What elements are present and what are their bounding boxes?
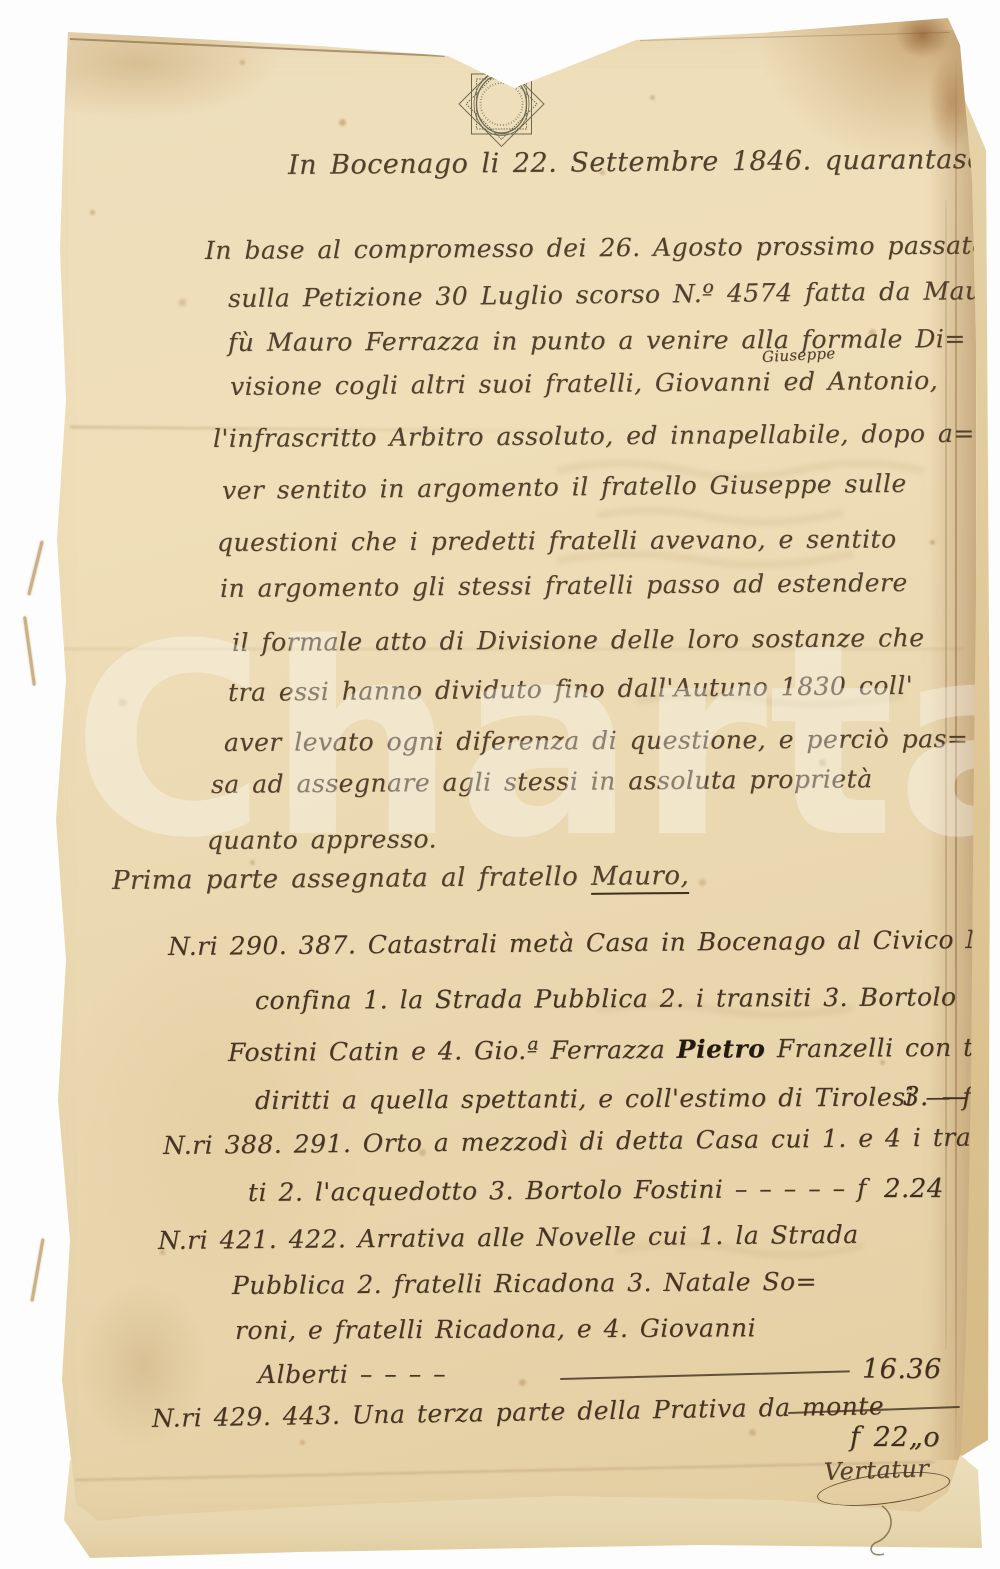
binding-thread	[30, 1238, 44, 1302]
amount-value: f 22„o	[850, 1422, 940, 1453]
pen-flourish-mark	[852, 1502, 922, 1569]
pen-dash-stroke	[560, 1370, 850, 1380]
item-line: ti 2. l'acquedotto 3. Bortolo Fostini – …	[248, 1174, 867, 1207]
interlinear-insertion: Giuseppe	[762, 344, 836, 366]
item-line: Alberti – – – –	[258, 1359, 446, 1389]
item-line: Pubblica 2. fratelli Ricadona 3. Natale …	[232, 1267, 817, 1300]
body-line: questioni che i predetti fratelli avevan…	[217, 524, 897, 557]
scanned-manuscript: In Bocenago li 22. Settembre 1846. quara…	[0, 0, 1000, 1569]
item-line: Fostini Catin e 4. Gio.ª Ferrazza Pietro…	[228, 1032, 1000, 1067]
foxing-spots	[0, 0, 5, 5]
item-line: N.ri 388. 291. Orto a mezzodì di detta C…	[163, 1122, 1000, 1160]
item-line: N.ri 421. 422. Arrativa alle Novelle cui…	[158, 1220, 859, 1255]
amount-value: 3. —	[903, 1082, 968, 1112]
item-line: confina 1. la Strada Pubblica 2. i trans…	[255, 982, 957, 1015]
item-line: roni, e fratelli Ricadona, e 4. Giovanni	[235, 1313, 756, 1345]
body-line: fù Mauro Ferrazza in punto a venire alla…	[228, 324, 966, 357]
site-watermark: iCharta	[0, 588, 1000, 896]
item-line: diritti a quella spettanti, e coll'estim…	[255, 1082, 972, 1115]
item-line-text: Franzelli con tutti i	[765, 1032, 1000, 1063]
body-line: In base al compromesso dei 26. Agosto pr…	[205, 230, 1000, 265]
body-line: ver sentito in argomento il fratello Giu…	[222, 469, 907, 505]
amount-value: 16.36	[862, 1354, 942, 1385]
item-line: N.ri 429. 443. Una terza parte della Pra…	[152, 1391, 885, 1433]
body-line: sulla Petizione 30 Luglio scorso N.º 457…	[228, 276, 1000, 313]
corrected-word: Pietro	[677, 1034, 766, 1064]
body-line: l'infrascritto Arbitro assoluto, ed inna…	[213, 419, 975, 453]
dateline: In Bocenago li 22. Settembre 1846. quara…	[288, 144, 993, 181]
item-line: N.ri 290. 387. Catastrali metà Casa in B…	[168, 924, 1000, 961]
body-line: visione cogli altri suoi fratelli, Giova…	[230, 366, 938, 401]
turn-instruction: Vertatur	[824, 1454, 930, 1486]
amount-value: 2.24	[884, 1174, 944, 1204]
document-sheet: In Bocenago li 22. Settembre 1846. quara…	[0, 0, 1000, 1569]
item-line-text: Fostini Catin e 4. Gio.ª Ferrazza	[228, 1035, 677, 1067]
binding-thread	[23, 616, 36, 686]
binding-thread	[27, 540, 43, 595]
